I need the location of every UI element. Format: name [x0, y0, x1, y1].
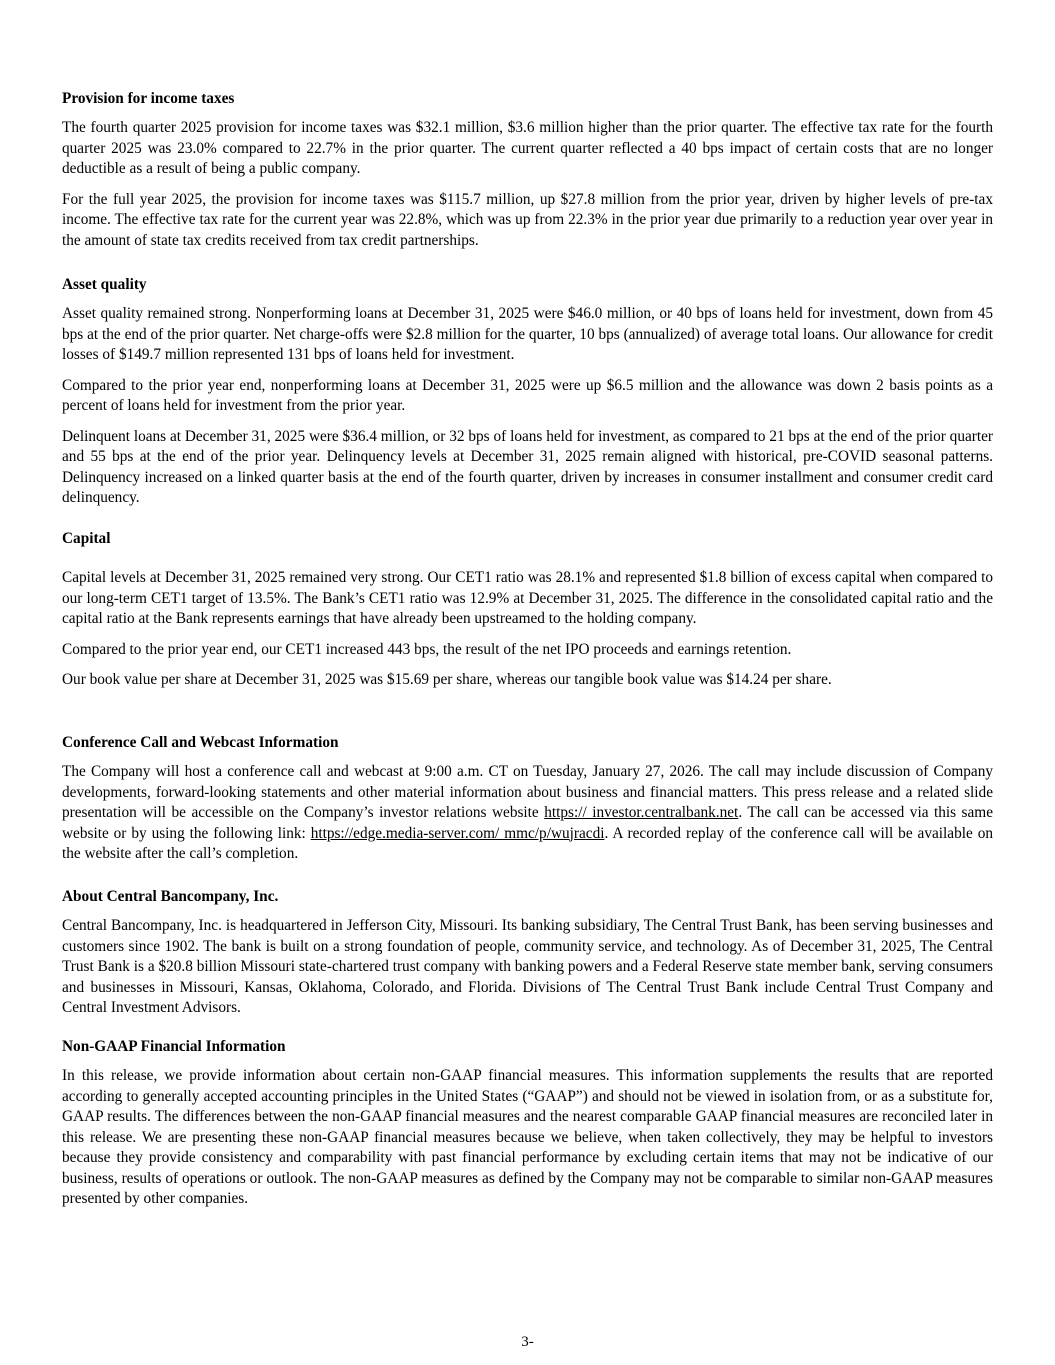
heading-asset-quality: Asset quality: [62, 275, 993, 295]
section-asset-quality: Asset quality Asset quality remained str…: [62, 275, 993, 509]
heading-income-taxes: Provision for income taxes: [62, 89, 993, 109]
heading-conference-call: Conference Call and Webcast Information: [62, 733, 993, 753]
section-conference-call: Conference Call and Webcast Information …: [62, 733, 993, 865]
paragraph: Our book value per share at December 31,…: [62, 670, 993, 691]
paragraph: For the full year 2025, the provision fo…: [62, 190, 993, 252]
heading-non-gaap: Non-GAAP Financial Information: [62, 1037, 993, 1057]
page-number: 3-: [0, 1332, 1055, 1353]
paragraph: Compared to the prior year end, nonperfo…: [62, 376, 993, 417]
section-about: About Central Bancompany, Inc. Central B…: [62, 887, 993, 1019]
paragraph: Central Bancompany, Inc. is headquartere…: [62, 916, 993, 1019]
section-non-gaap: Non-GAAP Financial Information In this r…: [62, 1037, 993, 1210]
paragraph: Capital levels at December 31, 2025 rema…: [62, 568, 993, 630]
section-capital: Capital Capital levels at December 31, 2…: [62, 529, 993, 691]
paragraph: In this release, we provide information …: [62, 1066, 993, 1210]
investor-relations-link[interactable]: https:// investor.centralbank.net: [544, 804, 738, 821]
webcast-link[interactable]: https://edge.media-server.com/ mmc/p/wuj…: [311, 825, 605, 842]
heading-about: About Central Bancompany, Inc.: [62, 887, 993, 907]
paragraph: The fourth quarter 2025 provision for in…: [62, 118, 993, 180]
section-income-taxes: Provision for income taxes The fourth qu…: [62, 89, 993, 251]
heading-capital: Capital: [62, 529, 993, 549]
paragraph: The Company will host a conference call …: [62, 762, 993, 865]
paragraph: Delinquent loans at December 31, 2025 we…: [62, 427, 993, 509]
paragraph: Asset quality remained strong. Nonperfor…: [62, 304, 993, 366]
paragraph: Compared to the prior year end, our CET1…: [62, 640, 993, 661]
